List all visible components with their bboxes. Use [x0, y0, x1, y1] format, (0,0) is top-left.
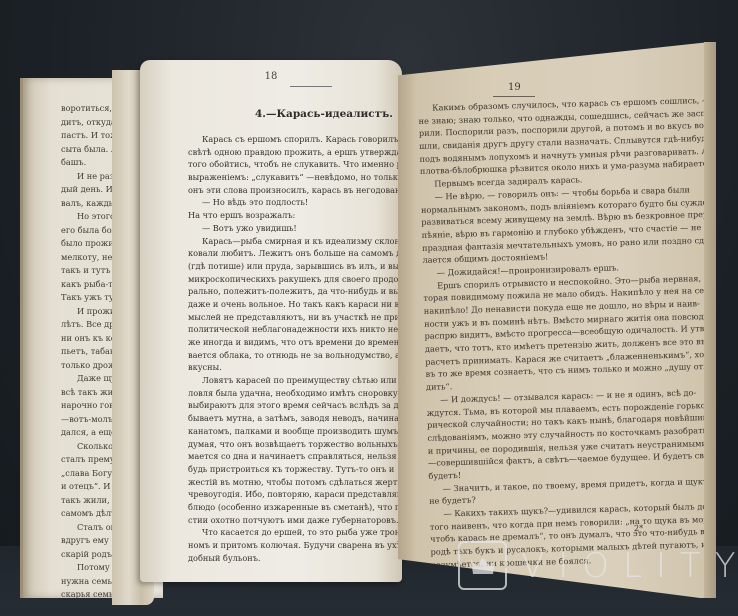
- text-line: ковали любитъ. Лежитъ онъ больше на само…: [188, 247, 402, 260]
- signature-mark: 2*: [634, 524, 643, 533]
- text-line: вкусны.: [188, 361, 402, 374]
- text-line: — Но вѣдь это подлость!: [188, 196, 402, 209]
- page-number: 19: [508, 82, 521, 93]
- text-line: номъ и притомъ колючая. Будучи сварена в…: [188, 539, 402, 552]
- text-line: мыслей не представляютъ, ни въ участкѣ н…: [188, 311, 402, 324]
- page-19-text: Какимъ образомъ случилось, что карась съ…: [418, 94, 721, 571]
- text-line: микроскопическихъ ракушекъ для своего пр…: [188, 273, 402, 286]
- text-line: же иногда и видимъ, что отъ времени до в…: [188, 336, 402, 349]
- page-18-text: Карась съ ершомъ спорилъ. Карась говорил…: [188, 133, 402, 564]
- text-line: рально, полежитъ-полежитъ, да что-нибудь…: [188, 285, 402, 298]
- header-rule: [290, 86, 332, 87]
- page-stack-edge-right: [704, 42, 716, 598]
- text-line: политической неблагонадежности ихъ никто…: [188, 323, 402, 336]
- text-line: добный бульонъ.: [188, 552, 402, 565]
- text-line: — Вотъ ужо увидишь!: [188, 222, 402, 235]
- text-line: онъ эти слова произносилъ, карась въ нег…: [188, 184, 402, 197]
- text-line: того обойтись, чтобъ не слукавить. Что и…: [188, 158, 402, 171]
- text-line: Карась съ ершомъ спорилъ. Карась говорил…: [188, 133, 402, 146]
- text-line: блюдо (особенно изжаренные въ сметанѣ), …: [188, 501, 402, 514]
- text-line: будь пристроиться къ торжеству. Тутъ-то …: [188, 463, 402, 476]
- text-line: Ловятъ карасей по преимуществу сѣтью или: [188, 374, 402, 387]
- page-19: 19 Какимъ образомъ случилось, что карась…: [398, 42, 716, 598]
- chapter-title: 4.—Карась-идеалистъ.: [255, 108, 393, 120]
- text-line: Что касается до ершей, то это рыба уже т…: [188, 526, 402, 539]
- text-line: свѣтѣ одною правдою прожить, а ершъ утве…: [188, 146, 402, 159]
- page-18: 18 4.—Карась-идеалистъ. Карась съ ершомъ…: [140, 60, 402, 582]
- text-line: выбираютъ для этого время сейчасъ вслѣдъ…: [188, 399, 402, 412]
- text-line: жестій въ мотню, чтобы потомъ сдѣлаться …: [188, 476, 402, 489]
- text-line: канатомъ, палками и вообще производить ш…: [188, 425, 402, 438]
- text-line: ловля была удачна, необходимо имѣть снор…: [188, 387, 402, 400]
- text-line: чревоугодія. Ибо, повторяю, караси предс…: [188, 488, 402, 501]
- text-line: бываетъ мутна, а затѣмъ, заводя неводъ, …: [188, 412, 402, 425]
- text-line: На что ершъ возражалъ:: [188, 209, 402, 222]
- page-number: 18: [140, 71, 402, 82]
- header-rule: [493, 96, 535, 97]
- text-line: думая, что онъ возвѣщаетъ торжество воль…: [188, 438, 402, 451]
- text-line: мается со дна и начинаетъ справляться, н…: [188, 450, 402, 463]
- text-line: стии охотно потчуютъ ими даже губернатор…: [188, 514, 402, 527]
- crown-icon: [458, 541, 507, 590]
- text-line: выраженіемъ: „слукавить“ —невѣдомо, но т…: [188, 171, 402, 184]
- text-line: вается облака, то отнюдь не за вольнодум…: [188, 349, 402, 362]
- watermark: VIOLITY: [458, 541, 738, 590]
- text-line: даже и очень вольное. Но такъ какъ карас…: [188, 298, 402, 311]
- watermark-text: VIOLITY: [521, 546, 738, 586]
- text-line: Карась—рыба смирная и къ идеализму склон…: [188, 235, 402, 248]
- text-line: (гдѣ потише) или пруда, зарывшись въ илъ…: [188, 260, 402, 273]
